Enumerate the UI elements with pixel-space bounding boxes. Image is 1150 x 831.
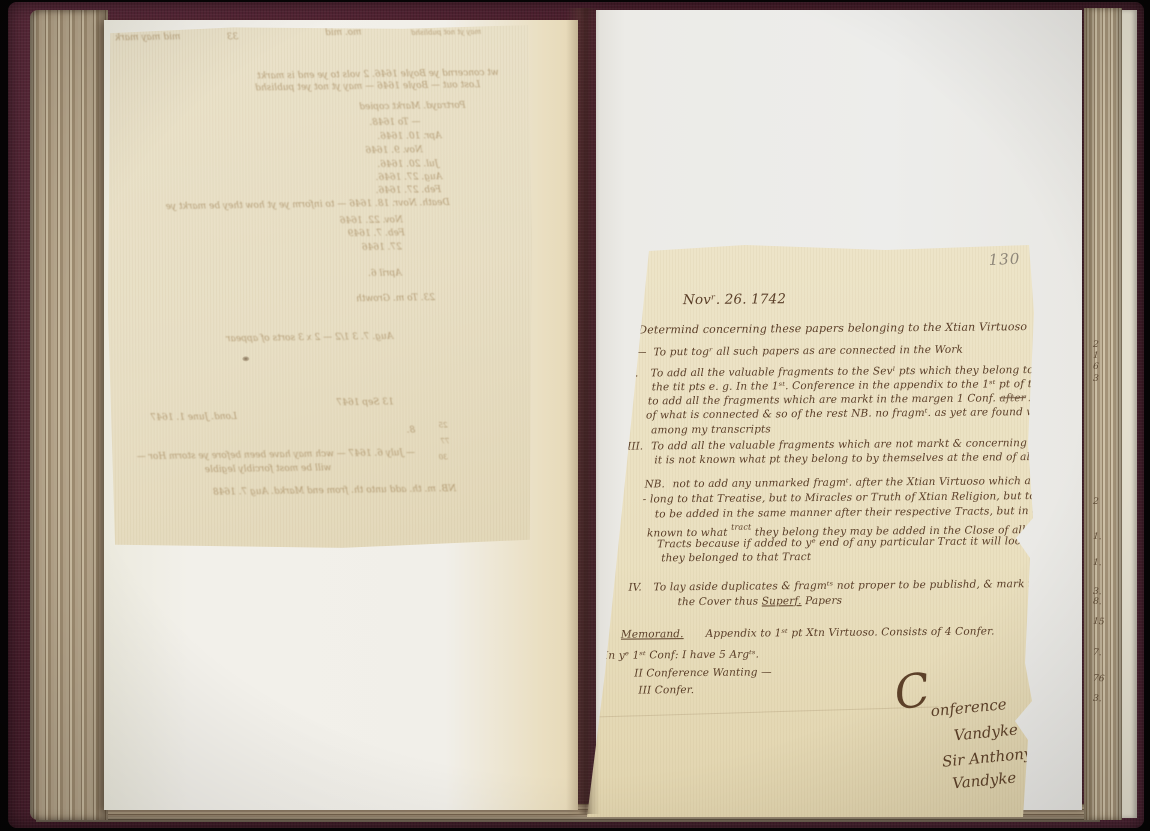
show-through-line: 25	[439, 421, 448, 429]
fore-edge-number: 3.	[1093, 587, 1102, 598]
manuscript-date: Novʳ. 26. 1742	[683, 291, 786, 308]
show-through-line: Portrayd. Markt copied	[359, 101, 465, 113]
memorandum-label: Memorand.	[621, 628, 684, 641]
show-through-line: Death. Novr. 18. 1646 — to inform ye yt …	[166, 198, 450, 212]
underlined-word: Superf.	[762, 595, 802, 607]
book-photo: mid may mark 33 mo. mid may yt not publi…	[0, 0, 1150, 831]
inserted-word: tract	[731, 523, 751, 532]
show-through-line: Nov. 22. 1646	[340, 215, 403, 226]
fore-edge-number: 3.	[1093, 694, 1102, 705]
show-through-line: 27. 1646	[362, 242, 402, 253]
manuscript-text: 130 Novʳ. 26. 1742 Determind concerning …	[583, 241, 1043, 819]
show-through-line: — To 1648.	[369, 117, 420, 128]
manuscript-note: III Confer.	[638, 684, 694, 696]
show-through-line: Jul. 20. 1646.	[377, 159, 438, 170]
fore-edge-number: 8.	[1093, 597, 1102, 608]
show-through-line: 77	[441, 437, 450, 445]
line-segment: Papers	[802, 595, 843, 607]
manuscript-line: To add all the valuable fragments which …	[651, 437, 1063, 453]
fore-edge-number: 76	[1093, 674, 1105, 685]
manuscript-line: Tracts because if added to yᵉ end of any…	[657, 535, 1054, 550]
manuscript-line: among my transcripts	[651, 423, 771, 436]
paper-crease	[599, 706, 939, 717]
signature-line: Vandyke	[951, 768, 1017, 792]
struck-word: after	[999, 392, 1025, 404]
show-through-line: mo. mid	[325, 28, 362, 39]
show-through-line: 13 Sep 1647	[336, 397, 393, 408]
fore-edge-number: 1.	[1093, 532, 1102, 543]
signature-line: onference	[930, 695, 1007, 720]
show-through-line: April 6.	[368, 268, 402, 279]
show-through-line: 8.	[407, 426, 416, 436]
ink-stain	[242, 356, 249, 361]
signature-flourish: C	[891, 662, 934, 721]
manuscript-line: to add all the fragments which are markt…	[648, 392, 1086, 408]
manuscript-line: they belonged to that Tract	[661, 551, 811, 564]
fore-edge-number: 3	[1093, 374, 1099, 384]
memorandum-text: Appendix to 1ˢᵗ pt Xtn Virtuoso. Consist…	[706, 625, 995, 640]
show-through-line: Feb. 27. 1646.	[376, 185, 442, 196]
show-through-line: Feb. 7. 1649	[348, 228, 405, 239]
item-number: IV.	[628, 581, 641, 593]
show-through-line: Lost out — Boyle 1646 — may yt not yet p…	[255, 80, 480, 93]
fore-edge-number: 1.	[1093, 558, 1102, 569]
fore-edge-number: 2	[1093, 497, 1099, 507]
show-through-line: mid may mark	[115, 32, 181, 43]
mounted-sheet-show-through: mid may mark 33 mo. mid may yt not publi…	[107, 25, 533, 549]
fore-edge-number: 15	[1093, 617, 1105, 628]
show-through-line: Aug. 27. 1646.	[375, 172, 442, 183]
fore-edge-number: 1	[1093, 351, 1099, 361]
item-number: NB.	[645, 478, 665, 490]
signature-line: Sir Anthony	[941, 744, 1033, 771]
show-through-line: will be most forcibly legible	[205, 463, 332, 475]
left-page-edges	[30, 10, 108, 820]
item-number: III.	[627, 440, 643, 452]
manuscript-line: To put togʳ all such papers as are conne…	[653, 344, 963, 359]
manuscript-line: To lay aside duplicates & fragmᵗˢ not pr…	[653, 578, 1072, 594]
show-through-line: Apr. 10. 1646.	[377, 131, 441, 142]
show-through-line: 33	[227, 32, 239, 42]
fore-edge-number: 6	[1093, 362, 1099, 372]
fore-edge-number: 2	[1093, 340, 1099, 350]
show-through-line: 30	[439, 453, 448, 461]
manuscript-heading: Determind concerning these papers belong…	[638, 320, 1027, 336]
show-through-line: Aug. 7. 3 1/2 — 2 x 3 sorts of appear	[226, 332, 393, 344]
show-through-line: Lond. June 1. 1647	[150, 412, 237, 423]
show-through-line: may yt not publishd	[411, 28, 481, 37]
fore-edge: 2 1 6 3 2 1. 1. 3. 8. 15 7. 76 3.	[1084, 8, 1122, 820]
show-through-line: Nov. 9. 1646	[365, 145, 423, 156]
page-number: 130	[988, 250, 1020, 269]
line-segment: the Cover thus	[678, 595, 762, 608]
show-through-line: NB. m. th. add unto th. from end Markd. …	[213, 484, 456, 498]
manuscript-note: II Conference Wanting —	[634, 666, 772, 679]
signature-line: Vandyke	[953, 720, 1019, 744]
manuscript-note: In yᵉ 1ˢᵗ Conf: I have 5 Argᵗˢ.	[604, 648, 759, 661]
fore-edge-number: 7.	[1093, 648, 1102, 659]
manuscript-line: the Cover thus Superf. Papers	[678, 595, 843, 608]
manuscript-leaf: 130 Novʳ. 26. 1742 Determind concerning …	[585, 243, 1040, 817]
show-through-line: 23. To m. Growth	[356, 293, 435, 304]
right-endpaper	[1122, 10, 1137, 818]
show-through-line: — July 6. 1647 — wch may have been befor…	[137, 448, 415, 462]
line-segment: to add all the fragments which are markt…	[648, 392, 1000, 407]
memorandum: Memorand.Appendix to 1ˢᵗ pt Xtn Virtuoso…	[621, 625, 995, 640]
